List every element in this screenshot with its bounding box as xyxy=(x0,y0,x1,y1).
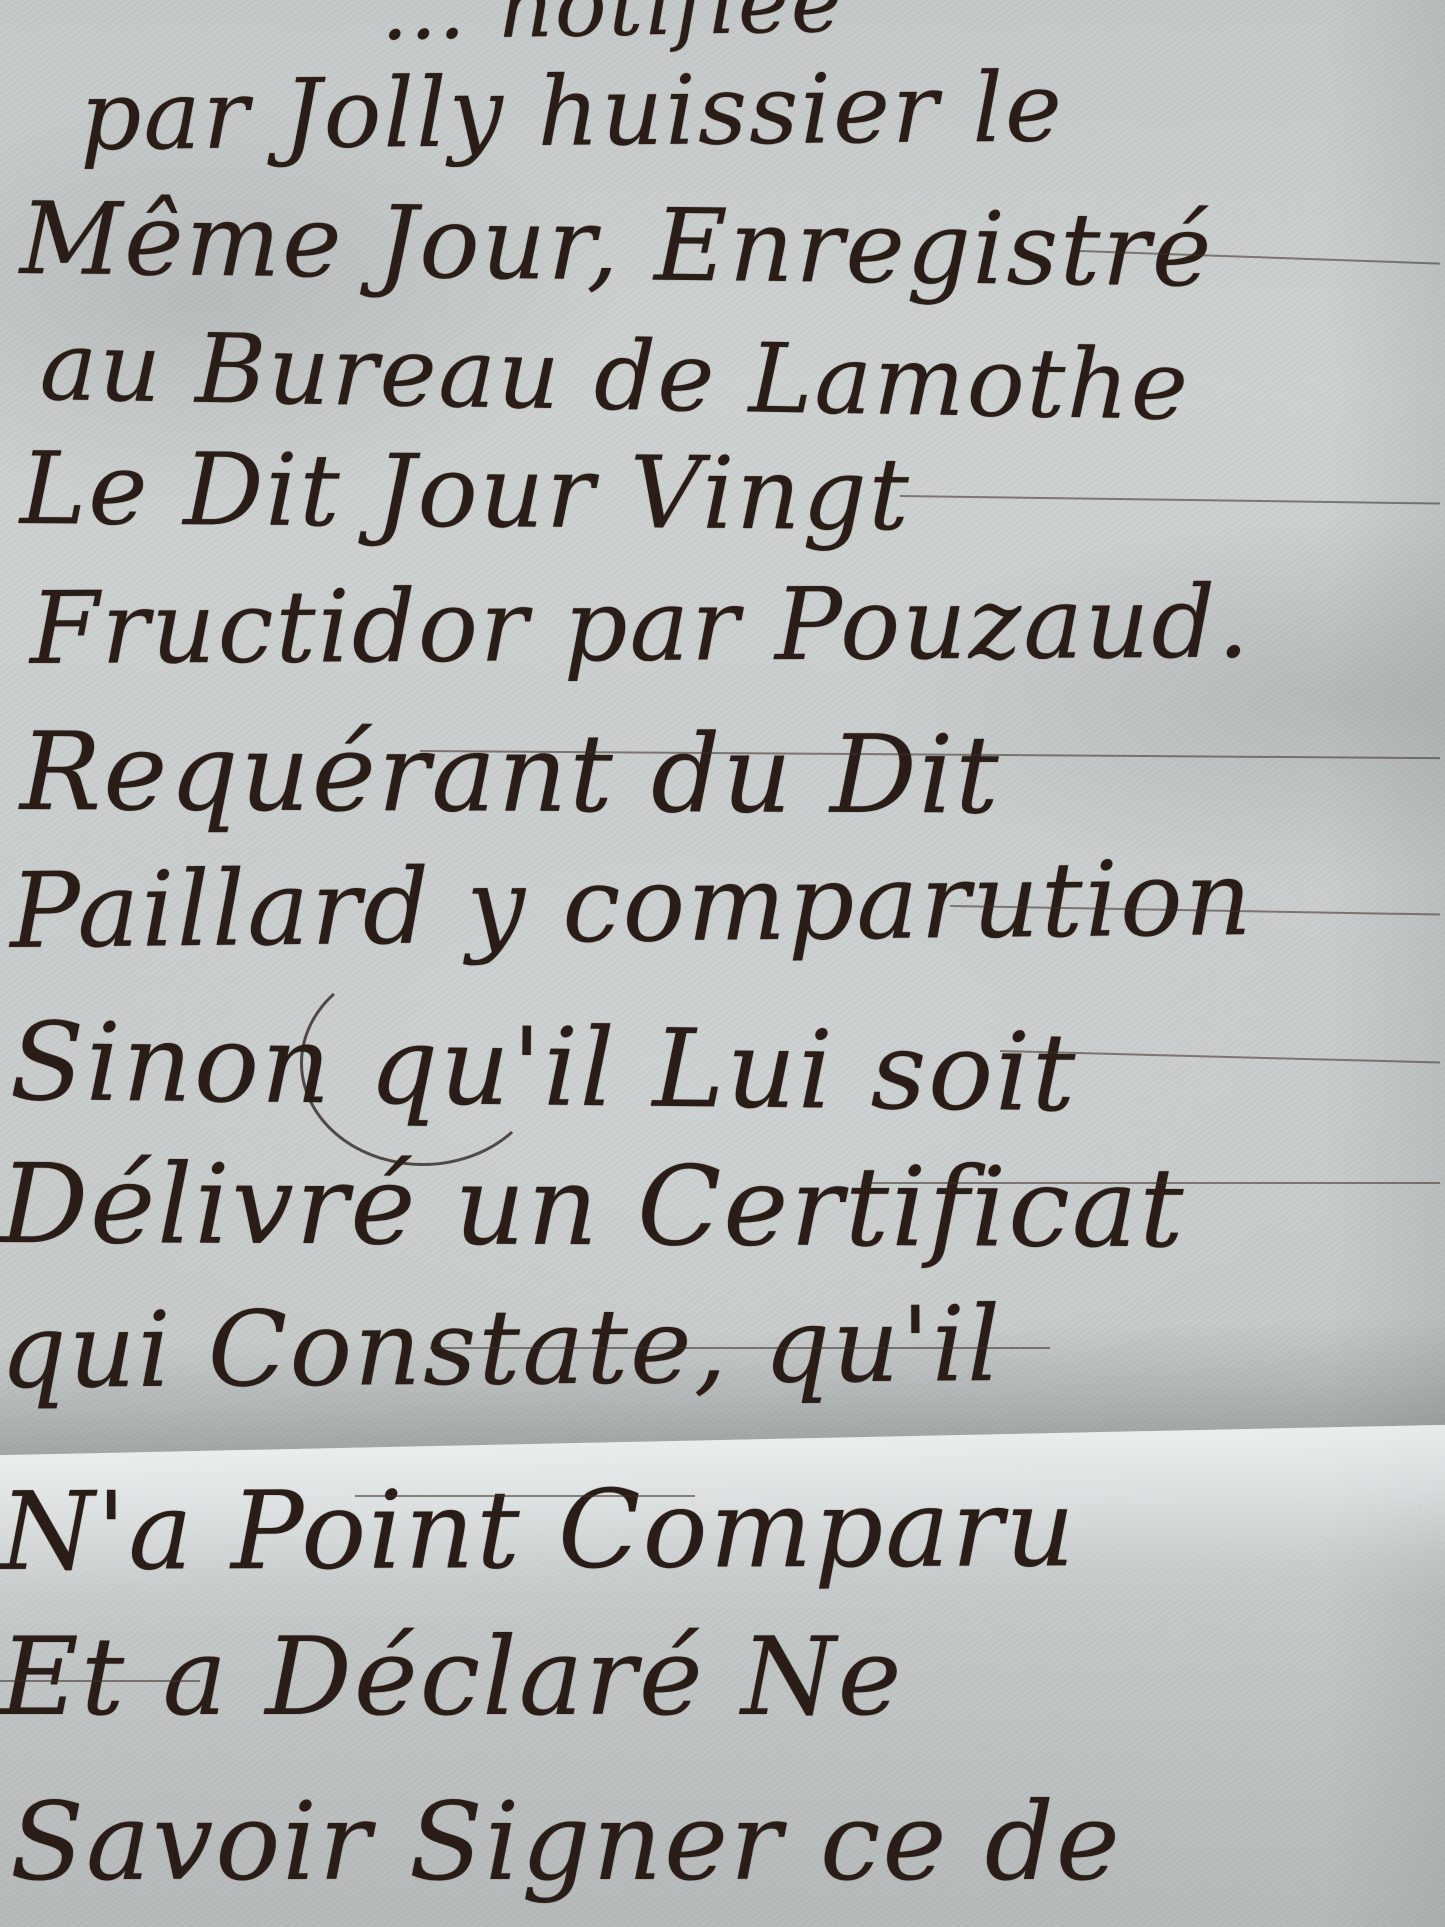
ruled-line xyxy=(430,1347,1050,1349)
manuscript-line-13: Et a Déclaré Ne xyxy=(0,1615,904,1740)
manuscript-line-12: N'a Point Comparu xyxy=(0,1466,1077,1595)
manuscript-line-2: par Jolly huissier le xyxy=(80,51,1065,172)
manuscript-line-14: Savoir Signer ce de xyxy=(10,1780,1122,1905)
manuscript-line-4: au Bureau de Lamothe xyxy=(39,310,1191,442)
manuscript-line-3: Même Jour, Enregistré xyxy=(19,180,1213,309)
manuscript-line-9: Sinon qu'il Lui soit xyxy=(9,1000,1078,1136)
manuscript-line-8: Paillard y comparution xyxy=(9,837,1254,972)
manuscript-line-7: Requérant du Dit xyxy=(20,710,1001,838)
manuscript-line-1: … notifiée xyxy=(379,0,844,60)
ruled-line xyxy=(355,1495,695,1497)
manuscript-line-6: Fructidor par Pouzaud. xyxy=(30,564,1252,687)
manuscript-line-5: Le Dit Jour Vingt xyxy=(20,430,912,553)
manuscript-page: … notifiée par Jolly huissier le Même Jo… xyxy=(0,0,1445,1927)
ruled-line xyxy=(0,1680,200,1682)
manuscript-line-10: Délivré un Certificat xyxy=(0,1140,1186,1272)
ruled-line xyxy=(870,1182,1440,1184)
